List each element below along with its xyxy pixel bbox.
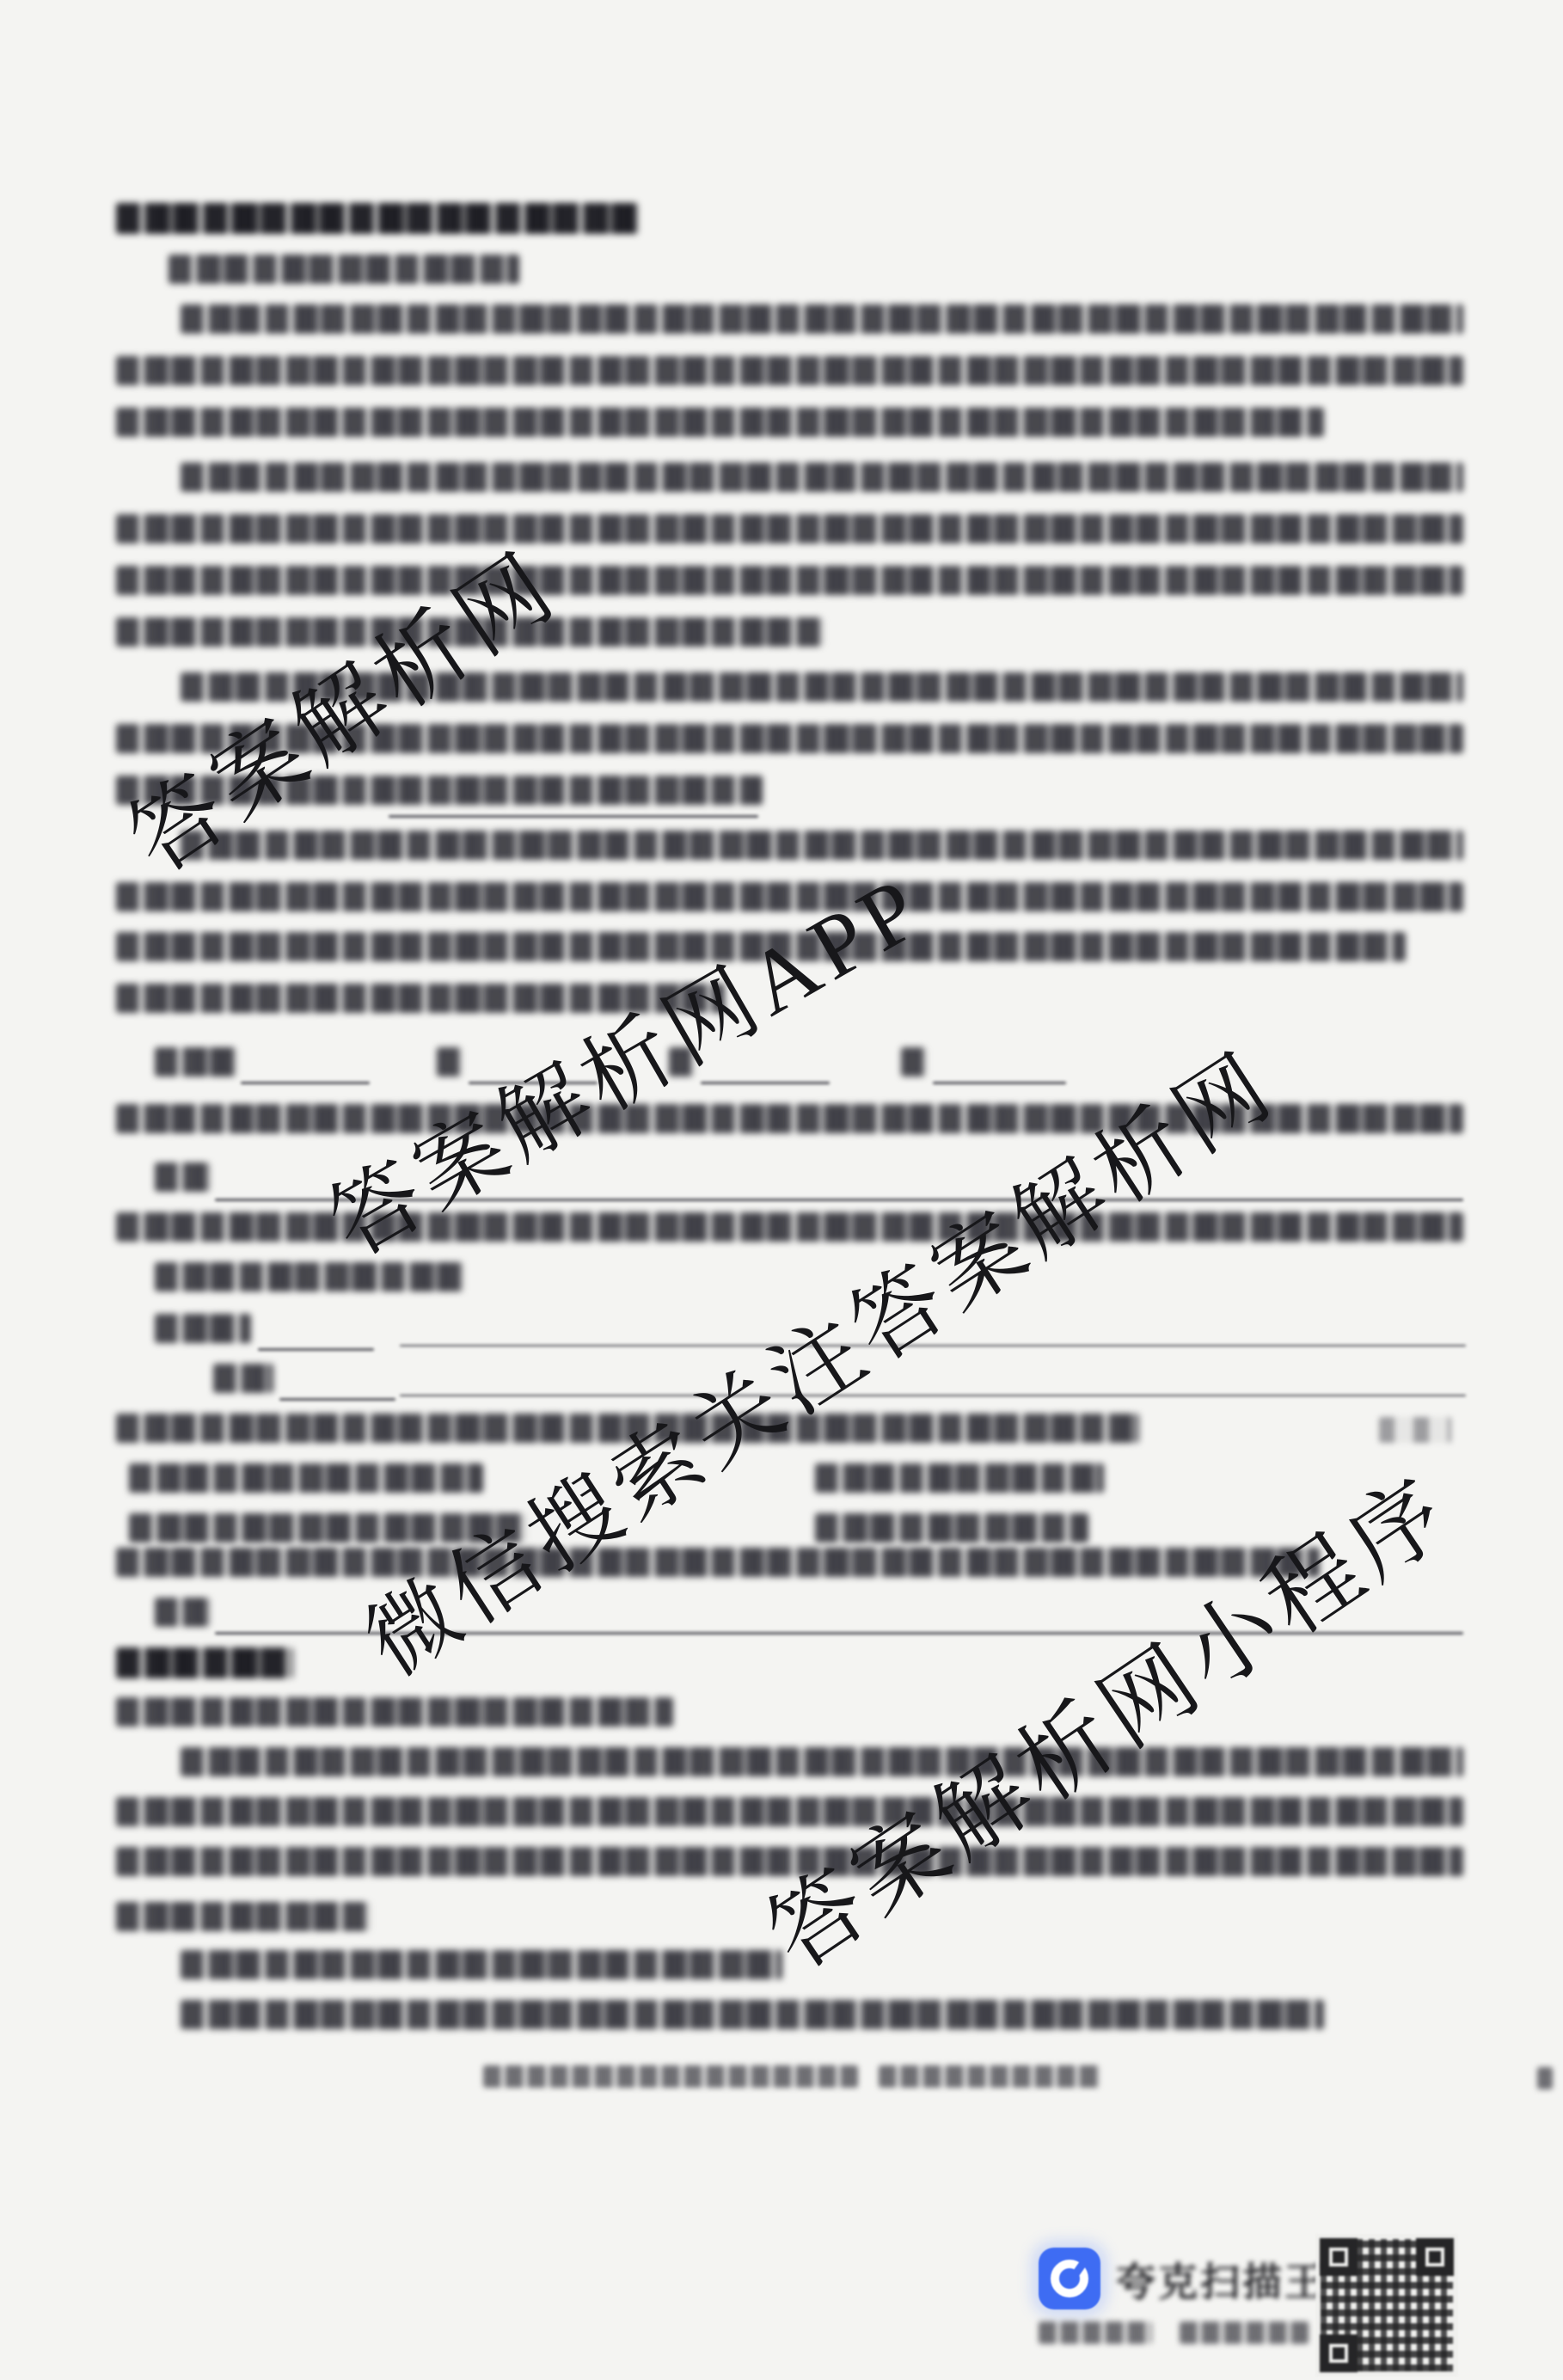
qr-finder-bottom-left <box>1320 2334 1358 2372</box>
qr-finder-top-left <box>1320 2238 1358 2276</box>
answer-blank-line <box>389 815 758 818</box>
scanner-subtitle-segment <box>1039 2322 1152 2344</box>
scanned-exam-page: 答案解析网答案解析网APP微信搜索关注答案解析网答案解析网小程序 夸克扫描王 <box>0 0 1563 2380</box>
blurred-text-line <box>181 304 1463 334</box>
blurred-text-line <box>181 2000 1324 2029</box>
qr-finder-top-right <box>1416 2238 1454 2276</box>
blurred-text-line <box>155 1314 251 1343</box>
answer-blank-line <box>241 1082 370 1084</box>
blurred-text-line <box>116 356 1463 385</box>
blurred-text-line <box>181 831 1463 860</box>
scanner-subtitle-segment <box>1180 2322 1309 2344</box>
scanner-app-name: 夸克扫描王 <box>1116 2251 1327 2308</box>
answer-blank-line <box>933 1082 1066 1084</box>
blurred-text-line <box>1379 1417 1451 1443</box>
blurred-text-line <box>155 1162 210 1192</box>
blurred-text-line <box>116 1647 293 1678</box>
answer-blank-line <box>400 1395 1466 1396</box>
blurred-text-line <box>155 1598 210 1627</box>
quark-scanner-logo-icon <box>1039 2248 1100 2309</box>
blurred-text-line <box>181 1950 782 1979</box>
blurred-text-line <box>181 463 1463 492</box>
blurred-text-line <box>181 1747 1463 1776</box>
answer-blank-line <box>701 1082 830 1084</box>
blurred-text-line <box>116 1847 1463 1876</box>
blurred-text-line <box>116 1212 1463 1242</box>
blurred-text-line <box>116 514 1463 543</box>
blurred-text-line <box>815 1463 1104 1493</box>
blurred-text-line <box>169 255 519 284</box>
blurred-text-line <box>116 408 1324 437</box>
blurred-text-line <box>116 1797 1463 1826</box>
blurred-text-line <box>116 566 1463 595</box>
blurred-text-line <box>155 1262 464 1291</box>
blurred-text-line <box>213 1364 273 1393</box>
blurred-text-line <box>1537 2067 1553 2089</box>
blurred-text-line <box>815 1513 1088 1543</box>
blurred-text-line <box>129 1463 483 1493</box>
blurred-text-line <box>155 1047 237 1077</box>
watermark-text: 答案解析网APP <box>317 861 939 1271</box>
qr-code <box>1315 2234 1458 2377</box>
blurred-text-line <box>116 882 1463 911</box>
answer-blank-line <box>258 1348 374 1351</box>
blurred-text-line <box>116 1548 1320 1577</box>
blurred-text-line <box>116 203 639 234</box>
blurred-text-line <box>879 2065 1100 2088</box>
blurred-text-line <box>116 1902 371 1931</box>
blurred-text-line <box>116 1697 673 1727</box>
blurred-text-line <box>437 1047 463 1077</box>
blurred-text-line <box>901 1047 927 1077</box>
blurred-text-line <box>483 2065 858 2088</box>
answer-blank-line <box>279 1398 395 1401</box>
